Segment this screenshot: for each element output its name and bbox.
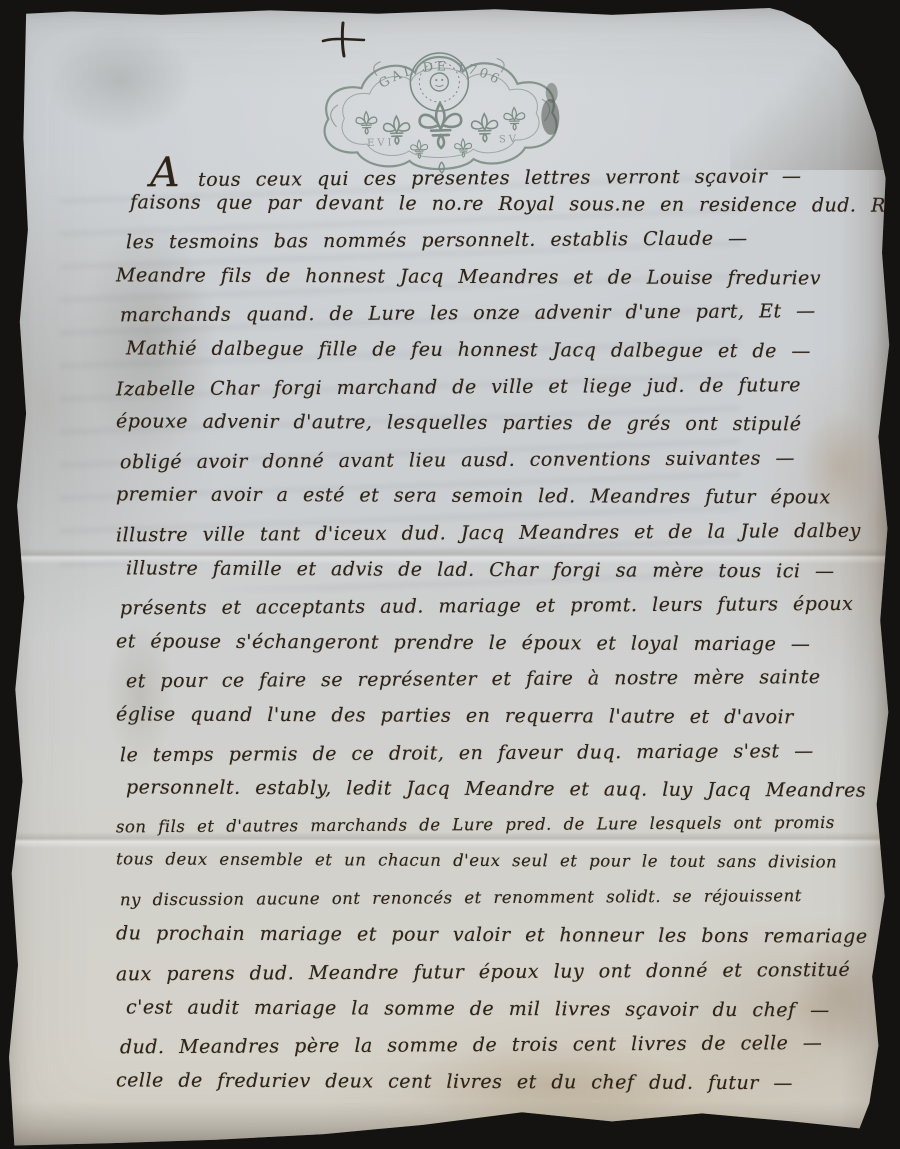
manuscript-line: son fils et d'autres marchands de Lure p…: [116, 812, 876, 853]
manuscript-line: présents et acceptants aud. mariage et p…: [120, 593, 876, 634]
manuscript-line: illustre famille et advis de lad. Char f…: [126, 557, 876, 597]
torn-corner-top-right: [730, 0, 900, 170]
manuscript-line: premier avoir a esté et sera semoin led.…: [116, 484, 876, 524]
manuscript-line: et épouse s'échangeront prendre le époux…: [116, 630, 876, 670]
manuscript-line: celle de freduriev deux cent livres et d…: [116, 1069, 876, 1109]
paper-sheet: GAL DE 1706 EVI SV A tous ceux qui ces p…: [0, 0, 900, 1149]
manuscript-line: Izabelle Char forgi marchand de ville et…: [116, 373, 876, 414]
stamp-band-right: SV: [499, 134, 519, 146]
manuscript-line: tous deux ensemble et un chacun d'eux se…: [116, 850, 876, 890]
manuscript-line: du prochain mariage et pour valoir et ho…: [116, 923, 876, 963]
manuscript-line: illustre ville tant d'iceux dud. Jacq Me…: [116, 520, 876, 561]
manuscript-line: Meandre fils de honnest Jacq Meandres et…: [116, 264, 876, 304]
manuscript-line: ny discussion aucune ont renoncés et ren…: [120, 886, 876, 927]
manuscript-line: épouxe advenir d'autre, lesquelles parti…: [116, 410, 876, 450]
manuscript-line: A tous ceux qui ces presentes lettres ve…: [150, 154, 876, 195]
stain: [45, 25, 195, 135]
manuscript-line: le temps permis de ce droit, en faveur d…: [120, 739, 876, 780]
manuscript-text: A tous ceux qui ces presentes lettres ve…: [116, 156, 876, 1116]
manuscript-line: les tesmoins bas nommés personnelt. esta…: [126, 227, 876, 268]
manuscript-line: marchands quand. de Lure les onze adveni…: [120, 300, 876, 341]
manuscript-line: faisons que par devant le no.re Royal so…: [130, 191, 876, 231]
stamp-band-left: EVI: [367, 137, 395, 149]
manuscript-line: obligé avoir donné avant lieu ausd. conv…: [120, 446, 876, 487]
manuscript-line: aux parens dud. Meandre futur époux luy …: [116, 959, 876, 1000]
manuscript-line: et pour ce faire se représenter et faire…: [126, 666, 876, 707]
manuscript-line: Mathié dalbegue fille de feu honnest Jac…: [126, 337, 876, 377]
manuscript-line: dud. Meandres père la somme de trois cen…: [120, 1032, 876, 1073]
manuscript-line: église quand l'une des parties en requer…: [116, 703, 876, 743]
manuscript-line: c'est audit mariage la somme de mil livr…: [126, 996, 876, 1036]
manuscript-line: personnelt. estably, ledit Jacq Meandre …: [126, 776, 876, 816]
